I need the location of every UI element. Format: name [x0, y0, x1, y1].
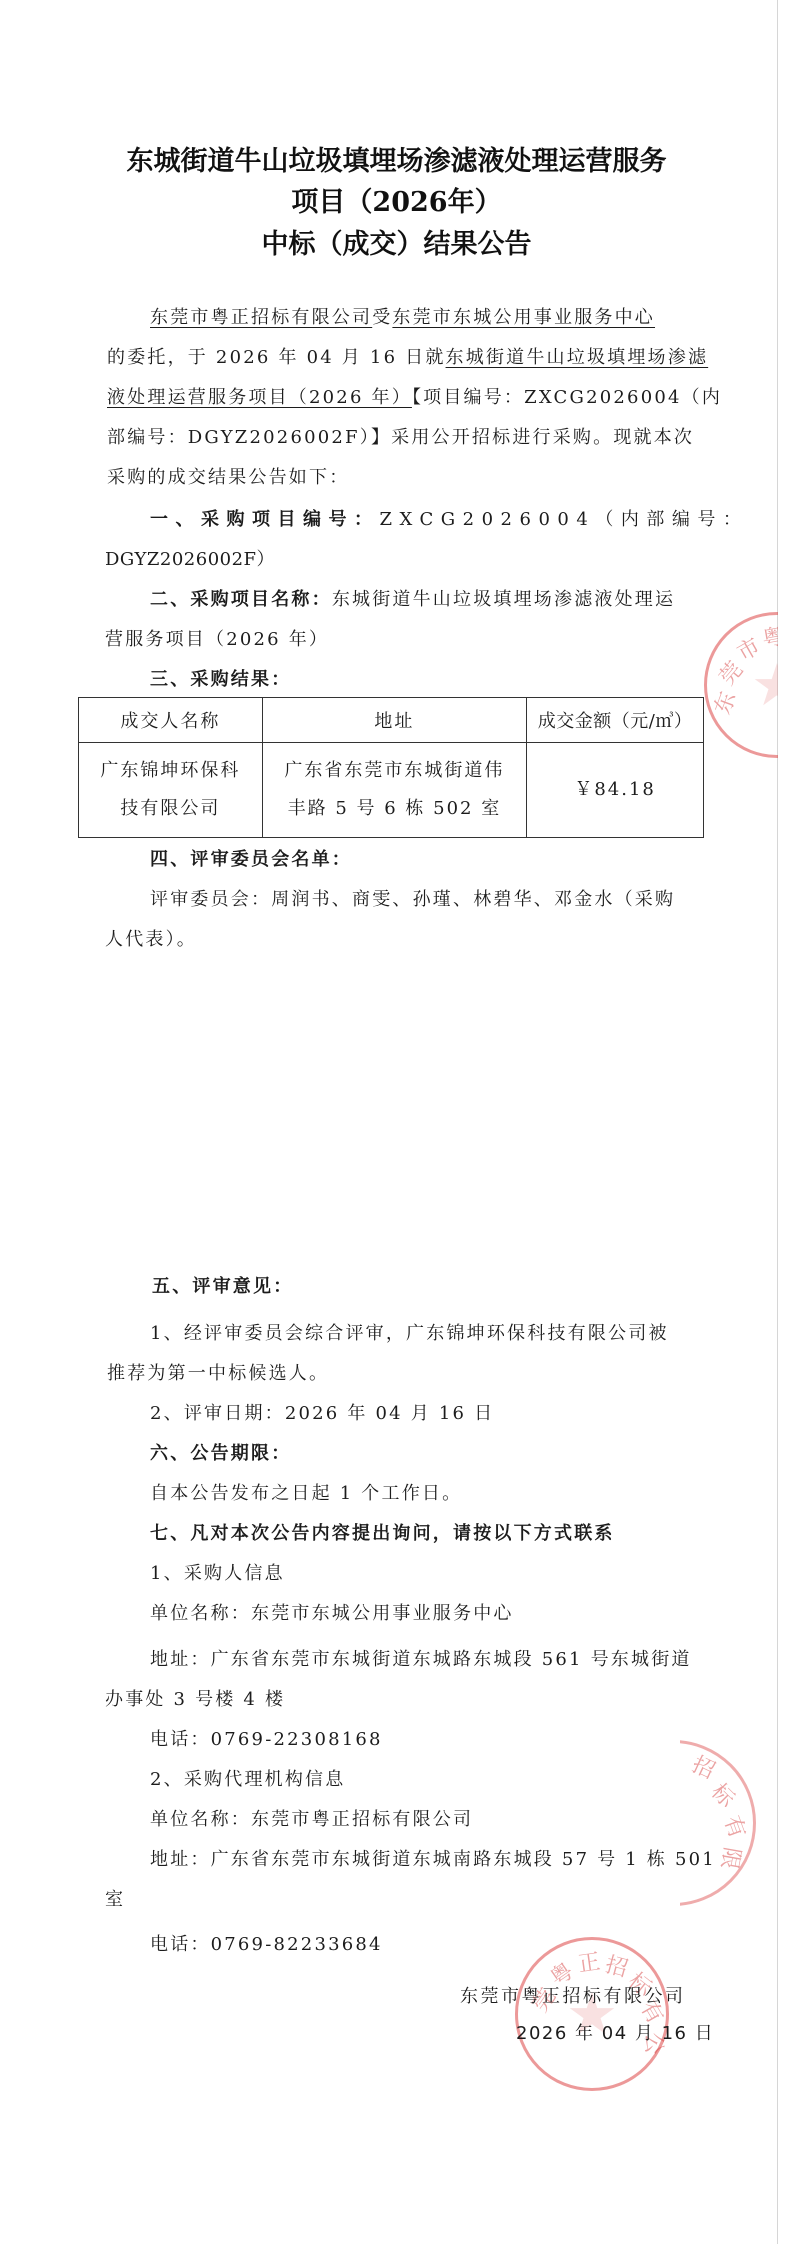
stamp-char: 正: [576, 1945, 602, 1979]
winner-name-line-1: 广东锦坤环保科: [79, 752, 262, 790]
seal-stamp-icon: ★ 东 莞 市 粤: [704, 612, 778, 758]
intro-text: 【项目编号：ZXCG2026004（内: [412, 387, 722, 408]
stamp-char: 招: [687, 1748, 720, 1785]
stamp-char: 有: [718, 1811, 755, 1842]
section5-heading: 五、评审意见：: [152, 1275, 293, 1299]
winner-address-line-1: 广东省东莞市东城街道伟: [263, 752, 527, 790]
purchaser-address-line-1: 地址：广东省东莞市东城街道东城路东城段 561 号东城街道: [150, 1648, 692, 1672]
agency-info-title: 2、采购代理机构信息: [150, 1768, 345, 1792]
table-header: 地址: [262, 698, 527, 743]
section2-value: 东城街道牛山垃圾填埋场渗滤液处理运: [332, 589, 675, 610]
stamp-char: 招: [602, 1948, 631, 1984]
review-item2: 2、评审日期：2026 年 04 月 16 日: [150, 1402, 494, 1426]
section1-value: ZXCG2026004（内部编号：: [380, 509, 749, 530]
intro-line-3: 液处理运营服务项目（2026 年）【项目编号：ZXCG2026004（内: [107, 386, 722, 410]
section1-line: 一、采购项目编号：ZXCG2026004（内部编号：: [150, 508, 748, 532]
committee-line-1: 评审委员会：周润书、商雯、孙瑾、林碧华、邓金水（采购: [150, 888, 675, 912]
page-edge: [777, 0, 778, 2244]
intro-line-1: 东莞市粤正招标有限公司受东莞市东城公用事业服务中心: [150, 306, 655, 330]
stamp-char: 东: [706, 687, 743, 718]
project-name-part1: 东城街道牛山垃圾填埋场渗滤: [446, 347, 709, 368]
agency-phone: 电话：0769-82233684: [150, 1933, 383, 1957]
winner-name-cell: 广东锦坤环保科 技有限公司: [79, 743, 263, 838]
section7-heading: 七、凡对本次公告内容提出询问，请按以下方式联系: [150, 1522, 615, 1546]
section1-heading: 一、采购项目编号：: [150, 509, 380, 530]
section6-text: 自本公告发布之日起 1 个工作日。: [150, 1482, 462, 1506]
stamp-top-right-clip: ★ 东 莞 市 粤: [700, 612, 778, 762]
purchaser-phone: 电话：0769-22308168: [150, 1728, 383, 1752]
project-name-part2: 液处理运营服务项目（2026 年）: [107, 387, 412, 408]
table-header-row: 成交人名称 地址 成交金额（元/㎥）: [79, 698, 704, 743]
seal-stamp-icon: 招 标 有 限: [680, 1740, 756, 1906]
stamp-char: 限: [715, 1845, 749, 1872]
title-line-2: 项目（2026年）: [0, 183, 793, 223]
committee-line-2: 人代表）。: [105, 928, 197, 952]
review-item1-line-1: 1、经评审委员会综合评审，广东锦坤环保科技有限公司被: [150, 1322, 669, 1346]
agency-name: 单位名称：东莞市粤正招标有限公司: [150, 1808, 473, 1832]
winner-address-line-2: 丰路 5 号 6 栋 502 室: [263, 790, 527, 828]
results-table: 成交人名称 地址 成交金额（元/㎥） 广东锦坤环保科 技有限公司 广东省东莞市东…: [78, 697, 704, 838]
winner-address-cell: 广东省东莞市东城街道伟 丰路 5 号 6 栋 502 室: [262, 743, 527, 838]
purchaser-name: 东莞市东城公用事业服务中心: [392, 307, 655, 328]
agency-address-line-1: 地址：广东省东莞市东城街道东城南路东城段 57 号 1 栋 501: [150, 1848, 716, 1872]
amount-cell: ￥84.18: [527, 743, 704, 838]
intro-line-5: 采购的成交结果公告如下：: [107, 466, 349, 490]
intro-text: 的委托，于 2026 年 04 月 16 日就: [107, 347, 446, 368]
agency-address-line-2: 室: [105, 1888, 125, 1912]
agent-name: 东莞市粤正招标有限公司: [150, 307, 372, 328]
purchaser-info-title: 1、采购人信息: [150, 1562, 285, 1586]
intro-line-2: 的委托，于 2026 年 04 月 16 日就东城街道牛山垃圾填埋场渗滤: [107, 346, 708, 370]
stamp-char: 标: [705, 1776, 742, 1813]
title-line-1: 东城街道牛山垃圾填埋场渗滤液处理运营服务: [0, 142, 793, 182]
intro-line-4: 部编号：DGYZ2026002F）】采用公开招标进行采购。现就本次: [107, 426, 694, 450]
section1-value-cont: DGYZ2026002F）: [105, 548, 275, 572]
table-row: 广东锦坤环保科 技有限公司 广东省东莞市东城街道伟 丰路 5 号 6 栋 502…: [79, 743, 704, 838]
stamp-seam-clip: 招 标 有 限: [680, 1740, 756, 1910]
signature-company: 东莞市粤正招标有限公司: [460, 1985, 686, 2009]
seal-stamp-icon: ★ 莞 粤 正 招 标 有 公: [515, 1937, 669, 2091]
winner-name-line-2: 技有限公司: [79, 790, 262, 828]
section3-heading: 三、采购结果：: [150, 668, 291, 692]
purchaser-address-line-2: 办事处 3 号楼 4 楼: [105, 1688, 285, 1712]
review-item1-line-2: 推荐为第一中标候选人。: [107, 1362, 329, 1386]
intro-text: 受: [372, 307, 392, 328]
stamp-char: 粤: [759, 619, 778, 653]
section2-line: 二、采购项目名称：东城街道牛山垃圾填埋场渗滤液处理运: [150, 588, 675, 612]
section2-heading: 二、采购项目名称：: [150, 589, 332, 610]
section4-heading: 四、评审委员会名单：: [150, 848, 352, 872]
table-header: 成交人名称: [79, 698, 263, 743]
table-header: 成交金额（元/㎥）: [527, 698, 704, 743]
purchaser-name: 单位名称：东莞市东城公用事业服务中心: [150, 1602, 514, 1626]
signature-date: 2026 年 04 月 16 日: [516, 2022, 714, 2046]
section6-heading: 六、公告期限：: [150, 1442, 291, 1466]
section2-value-cont: 营服务项目（2026 年）: [105, 628, 329, 652]
title-line-3: 中标（成交）结果公告: [0, 225, 793, 265]
